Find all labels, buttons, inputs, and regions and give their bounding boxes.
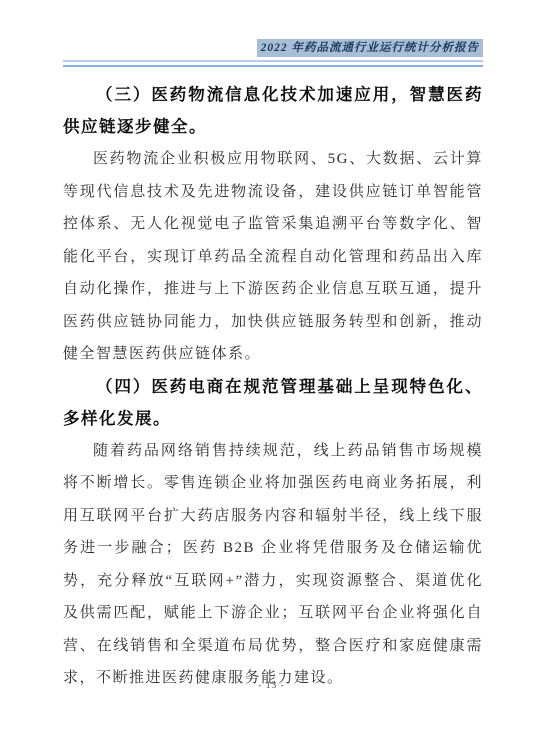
document-page: 2022 年药品流通行业运行统计分析报告 （三）医药物流信息化技术加速应用，智慧… xyxy=(0,0,543,737)
section-four-paragraph: 随着药品网络销售持续规范，线上药品销售市场规模将不断增长。零售连锁企业将加强医药… xyxy=(63,435,483,695)
page-body: （三）医药物流信息化技术加速应用，智慧医药供应链逐步健全。 医药物流企业积极应用… xyxy=(63,79,483,695)
page-footer: - 13 - xyxy=(0,675,543,693)
page-header: 2022 年药品流通行业运行统计分析报告 xyxy=(63,38,483,67)
page-number: - 13 - xyxy=(258,681,285,691)
section-heading-four: （四）医药电商在规范管理基础上呈现特色化、多样化发展。 xyxy=(63,371,483,435)
report-header-title: 2022 年药品流通行业运行统计分析报告 xyxy=(257,39,483,57)
header-rule xyxy=(63,60,483,67)
section-three-paragraph: 医药物流企业积极应用物联网、5G、大数据、云计算等现代信息技术及先进物流设备，建… xyxy=(63,143,483,371)
section-heading-three: （三）医药物流信息化技术加速应用，智慧医药供应链逐步健全。 xyxy=(63,79,483,143)
